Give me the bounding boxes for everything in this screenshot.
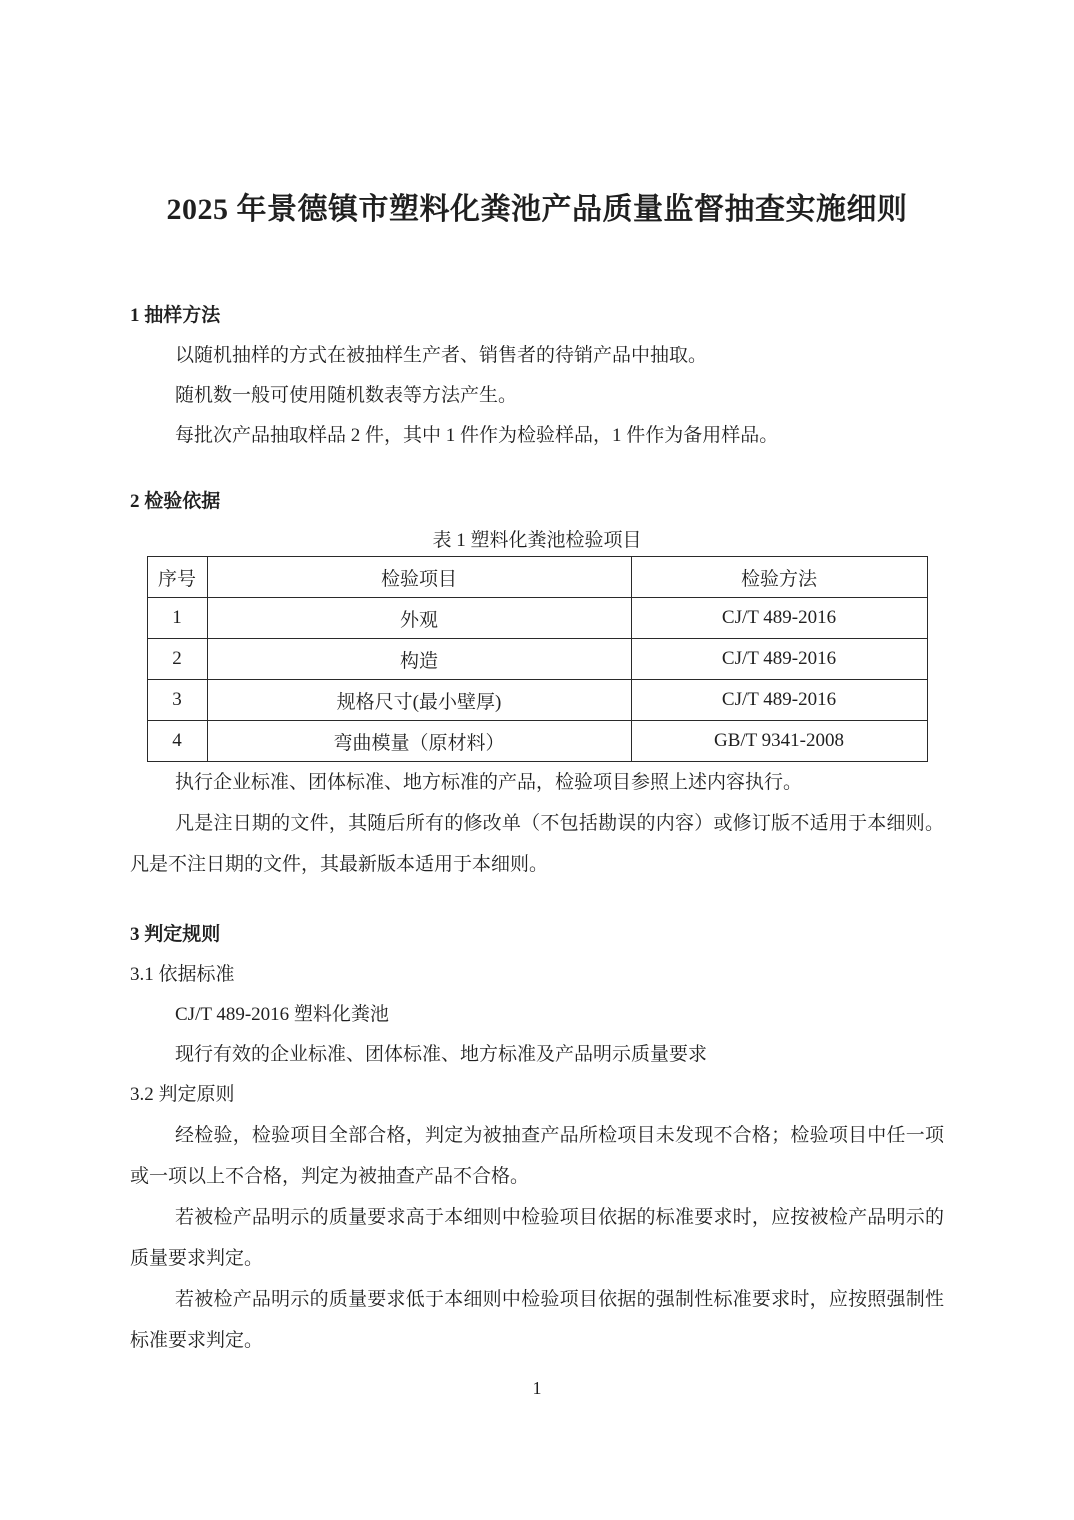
paragraph: 若被检产品明示的质量要求低于本细则中检验项目依据的强制性标准要求时，应按照强制性… (130, 1279, 944, 1361)
table-row: 1 外观 CJ/T 489-2016 (147, 598, 927, 639)
paragraph: 若被检产品明示的质量要求高于本细则中检验项目依据的标准要求时，应按被检产品明示的… (130, 1197, 944, 1279)
cell-item: 构造 (207, 639, 631, 680)
cell-seq: 4 (147, 721, 207, 762)
section-1-heading: 1 抽样方法 (130, 296, 944, 336)
section-3-heading: 3 判定规则 (130, 915, 944, 955)
table-header-row: 序号 检验项目 检验方法 (147, 557, 927, 598)
cell-seq: 1 (147, 598, 207, 639)
inspection-items-table: 序号 检验项目 检验方法 1 外观 CJ/T 489-2016 2 构造 CJ/… (147, 556, 928, 762)
cell-method: CJ/T 489-2016 (631, 598, 927, 639)
subsection-3-2-heading: 3.2 判定原则 (130, 1075, 944, 1115)
paragraph: 以随机抽样的方式在被抽样生产者、销售者的待销产品中抽取。 (130, 336, 944, 376)
cell-seq: 2 (147, 639, 207, 680)
cell-item: 弯曲模量（原材料） (207, 721, 631, 762)
cell-seq: 3 (147, 680, 207, 721)
paragraph: CJ/T 489-2016 塑料化粪池 (130, 995, 944, 1035)
subsection-3-1-heading: 3.1 依据标准 (130, 955, 944, 995)
cell-item: 外观 (207, 598, 631, 639)
col-header-seq: 序号 (147, 557, 207, 598)
document-page: 2025 年景德镇市塑料化粪池产品质量监督抽查实施细则 1 抽样方法 以随机抽样… (0, 0, 1074, 1520)
table-caption: 表 1 塑料化粪池检验项目 (130, 526, 944, 556)
table-row: 2 构造 CJ/T 489-2016 (147, 639, 927, 680)
col-header-method: 检验方法 (631, 557, 927, 598)
paragraph: 凡是注日期的文件，其随后所有的修改单（不包括勘误的内容）或修订版不适用于本细则。… (130, 803, 944, 885)
cell-method: CJ/T 489-2016 (631, 639, 927, 680)
col-header-item: 检验项目 (207, 557, 631, 598)
document-title: 2025 年景德镇市塑料化粪池产品质量监督抽查实施细则 (130, 0, 944, 232)
paragraph: 每批次产品抽取样品 2 件，其中 1 件作为检验样品，1 件作为备用样品。 (130, 416, 944, 456)
table-row: 4 弯曲模量（原材料） GB/T 9341-2008 (147, 721, 927, 762)
table-row: 3 规格尺寸(最小壁厚) CJ/T 489-2016 (147, 680, 927, 721)
cell-method: GB/T 9341-2008 (631, 721, 927, 762)
page-number: 1 (0, 1378, 1074, 1398)
paragraph: 现行有效的企业标准、团体标准、地方标准及产品明示质量要求 (130, 1035, 944, 1075)
paragraph: 执行企业标准、团体标准、地方标准的产品，检验项目参照上述内容执行。 (130, 762, 944, 803)
cell-method: CJ/T 489-2016 (631, 680, 927, 721)
cell-item: 规格尺寸(最小壁厚) (207, 680, 631, 721)
paragraph: 经检验，检验项目全部合格，判定为被抽查产品所检项目未发现不合格；检验项目中任一项… (130, 1115, 944, 1197)
paragraph: 随机数一般可使用随机数表等方法产生。 (130, 376, 944, 416)
section-2-heading: 2 检验依据 (130, 482, 944, 522)
